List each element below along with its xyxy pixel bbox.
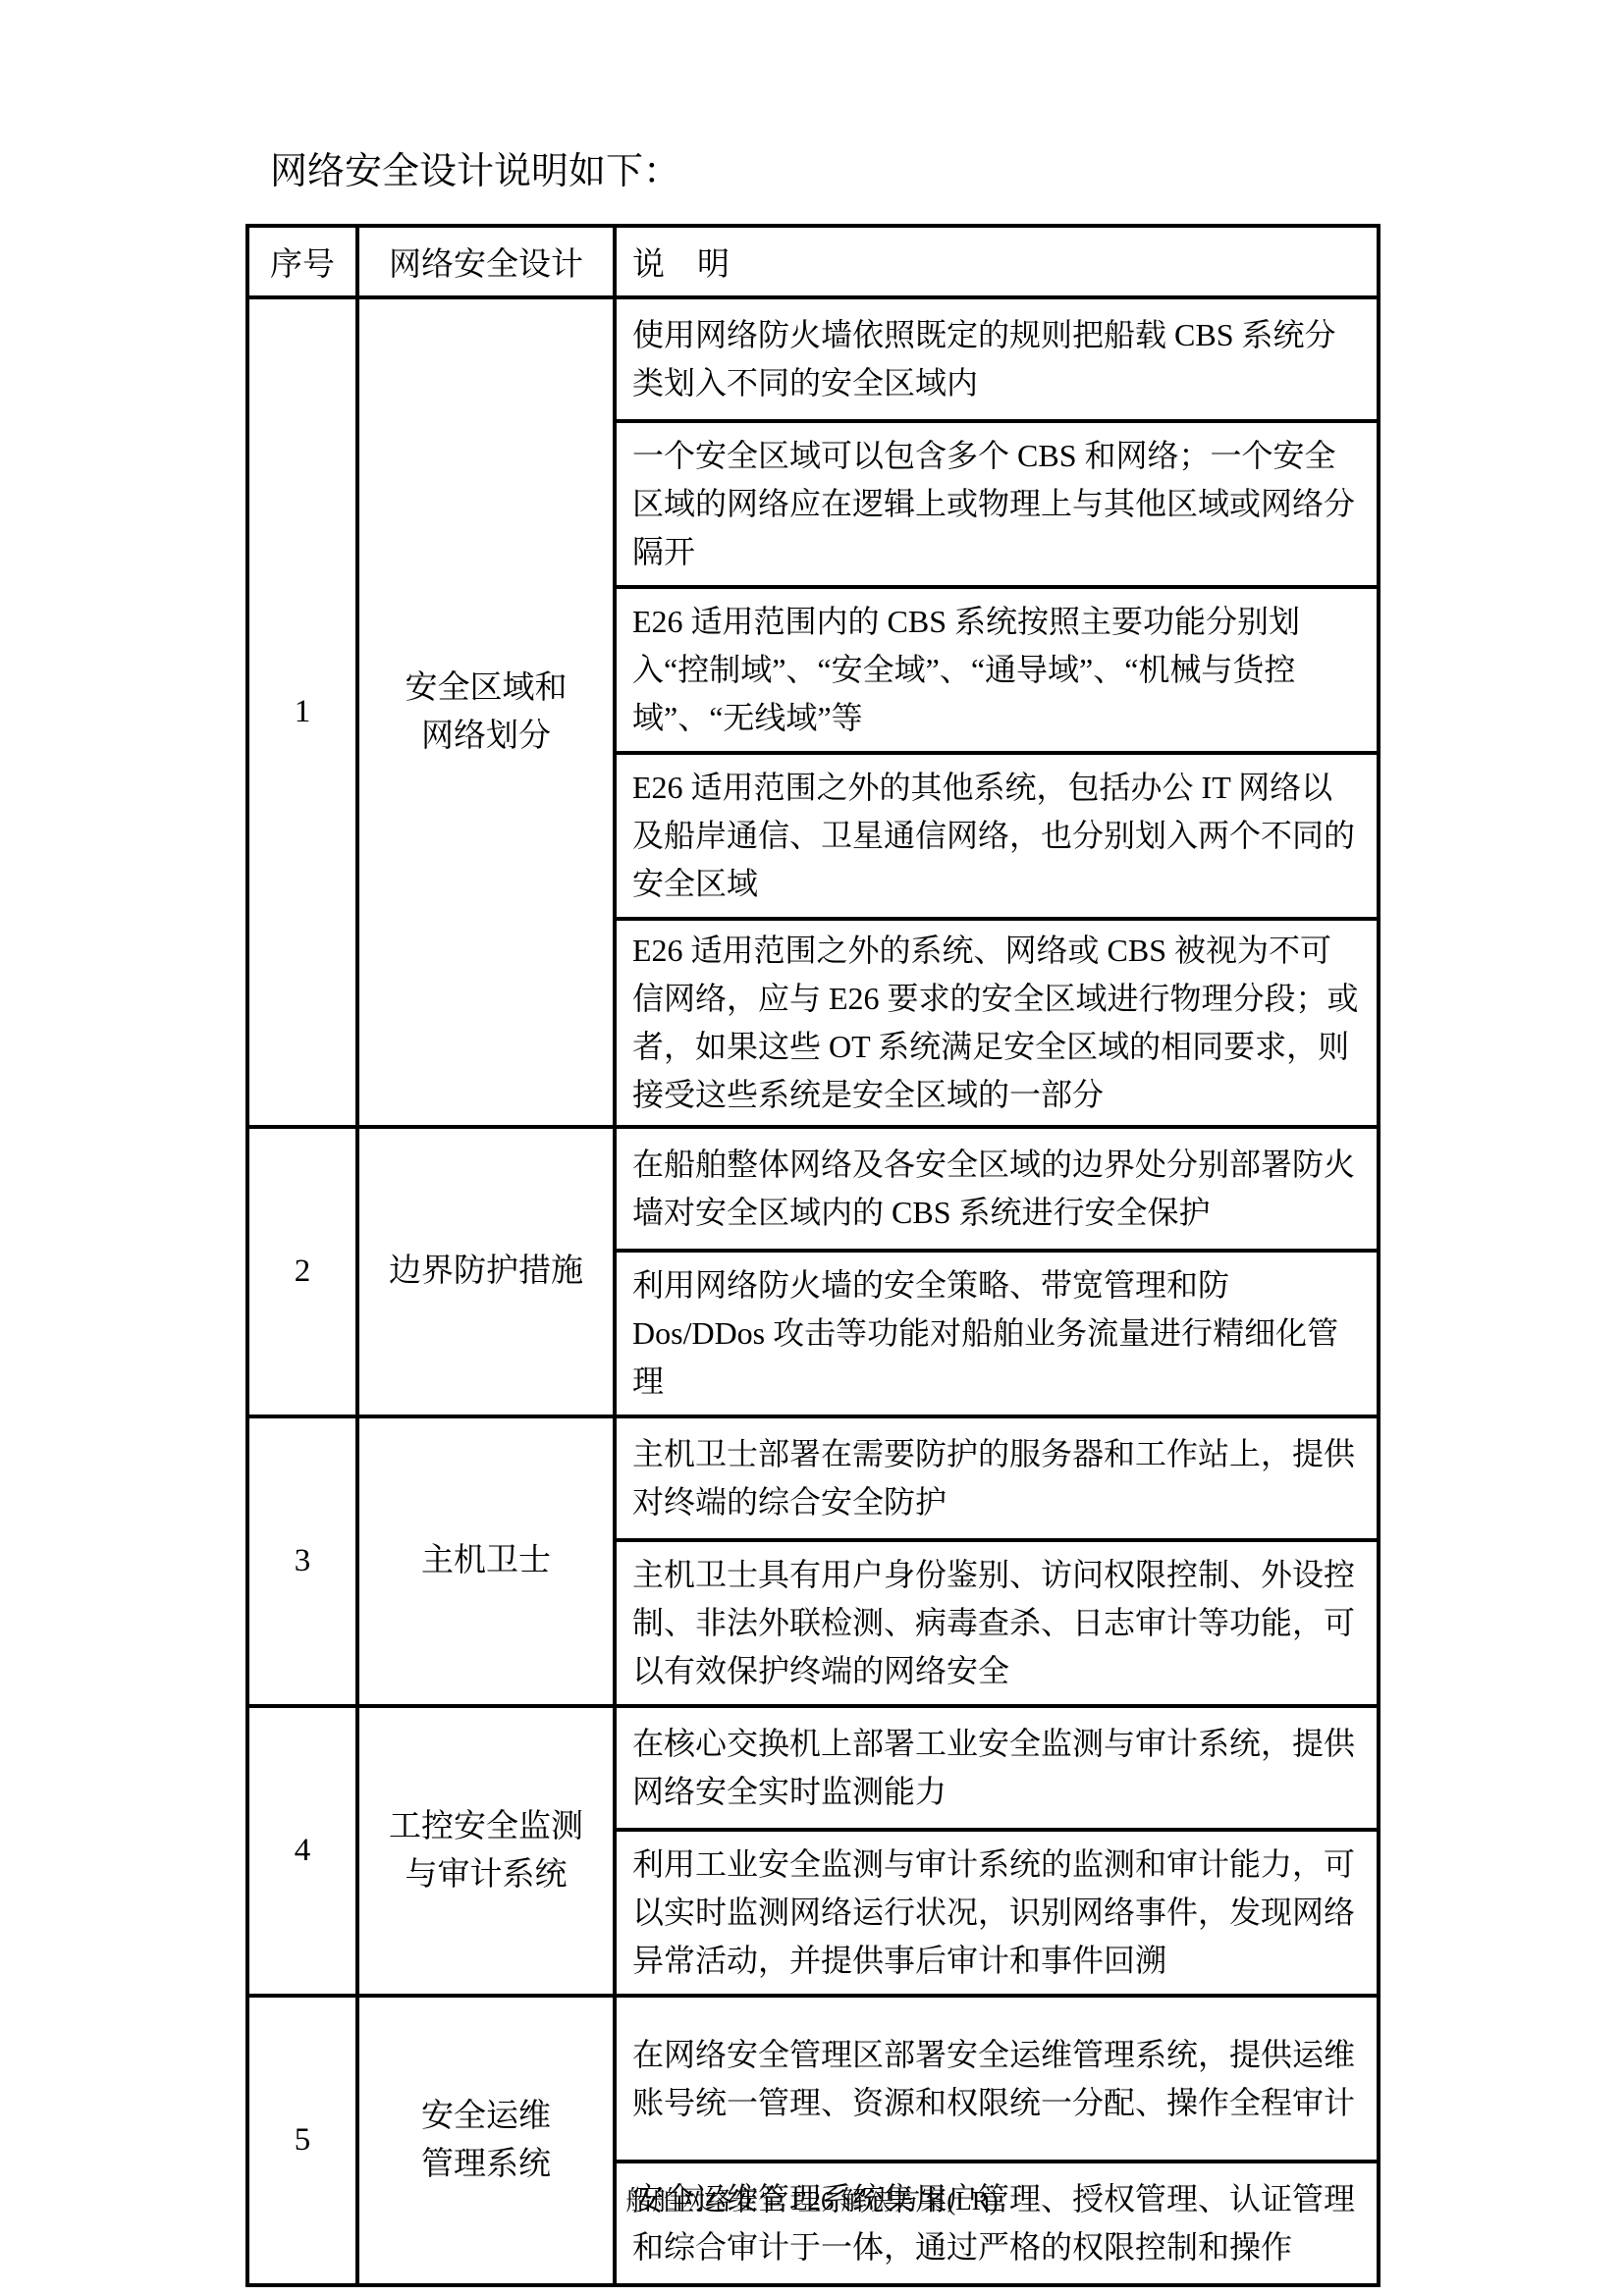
category-cell: 安全区域和 网络划分 (357, 297, 615, 1127)
category-cell: 边界防护措施 (357, 1127, 615, 1416)
page-footer: 船舶网络安全 E26 解决方案(LR) (0, 2179, 1624, 2217)
description-cell: 利用工业安全监测与审计系统的监测和审计能力，可以实时监测网络运行状况，识别网络事… (615, 1830, 1379, 1996)
header-cell-design: 网络安全设计 (357, 226, 615, 297)
category-cell: 工控安全监测 与审计系统 (357, 1706, 615, 1996)
category-cell: 主机卫士 (357, 1416, 615, 1706)
document-page: 网络安全设计说明如下： 序号 网络安全设计 说 明 1 安全区域和 网络划分 使… (0, 0, 1624, 2296)
row-number-cell: 4 (247, 1706, 357, 1996)
description-cell: 利用网络防火墙的安全策略、带宽管理和防 Dos/DDos 攻击等功能对船舶业务流… (615, 1251, 1379, 1416)
description-cell: 在核心交换机上部署工业安全监测与审计系统，提供网络安全实时监测能力 (615, 1706, 1379, 1830)
description-cell: 一个安全区域可以包含多个 CBS 和网络；一个安全区域的网络应在逻辑上或物理上与… (615, 421, 1379, 587)
description-cell: 在网络安全管理区部署安全运维管理系统，提供运维账号统一管理、资源和权限统一分配、… (615, 1996, 1379, 2162)
description-cell: 主机卫士具有用户身份鉴别、访问权限控制、外设控制、非法外联检测、病毒查杀、日志审… (615, 1540, 1379, 1706)
table-row: 2 边界防护措施 在船舶整体网络及各安全区域的边界处分别部署防火墙对安全区域内的… (247, 1127, 1379, 1251)
table-row: 1 安全区域和 网络划分 使用网络防火墙依照既定的规则把船载 CBS 系统分类划… (247, 297, 1379, 421)
row-number-cell: 3 (247, 1416, 357, 1706)
row-number-cell: 1 (247, 297, 357, 1127)
header-cell-no: 序号 (247, 226, 357, 297)
security-design-table: 序号 网络安全设计 说 明 1 安全区域和 网络划分 使用网络防火墙依照既定的规… (245, 224, 1380, 2287)
description-cell: 使用网络防火墙依照既定的规则把船载 CBS 系统分类划入不同的安全区域内 (615, 297, 1379, 421)
table-header-row: 序号 网络安全设计 说 明 (247, 226, 1379, 297)
description-cell: E26 适用范围之外的其他系统，包括办公 IT 网络以及船岸通信、卫星通信网络，… (615, 753, 1379, 919)
description-cell: 主机卫士部署在需要防护的服务器和工作站上，提供对终端的综合安全防护 (615, 1416, 1379, 1540)
table-row: 3 主机卫士 主机卫士部署在需要防护的服务器和工作站上，提供对终端的综合安全防护 (247, 1416, 1379, 1540)
category-cell: 安全运维 管理系统 (357, 1996, 615, 2285)
table-row: 4 工控安全监测 与审计系统 在核心交换机上部署工业安全监测与审计系统，提供网络… (247, 1706, 1379, 1830)
row-number-cell: 2 (247, 1127, 357, 1416)
header-cell-description: 说 明 (615, 226, 1379, 297)
description-cell: E26 适用范围之外的系统、网络或 CBS 被视为不可信网络，应与 E26 要求… (615, 919, 1379, 1127)
row-number-cell: 5 (247, 1996, 357, 2285)
table-row: 5 安全运维 管理系统 在网络安全管理区部署安全运维管理系统，提供运维账号统一管… (247, 1996, 1379, 2162)
page-title: 网络安全设计说明如下： (270, 147, 680, 196)
description-cell: 在船舶整体网络及各安全区域的边界处分别部署防火墙对安全区域内的 CBS 系统进行… (615, 1127, 1379, 1251)
description-cell: E26 适用范围内的 CBS 系统按照主要功能分别划入“控制域”、“安全域”、“… (615, 587, 1379, 753)
